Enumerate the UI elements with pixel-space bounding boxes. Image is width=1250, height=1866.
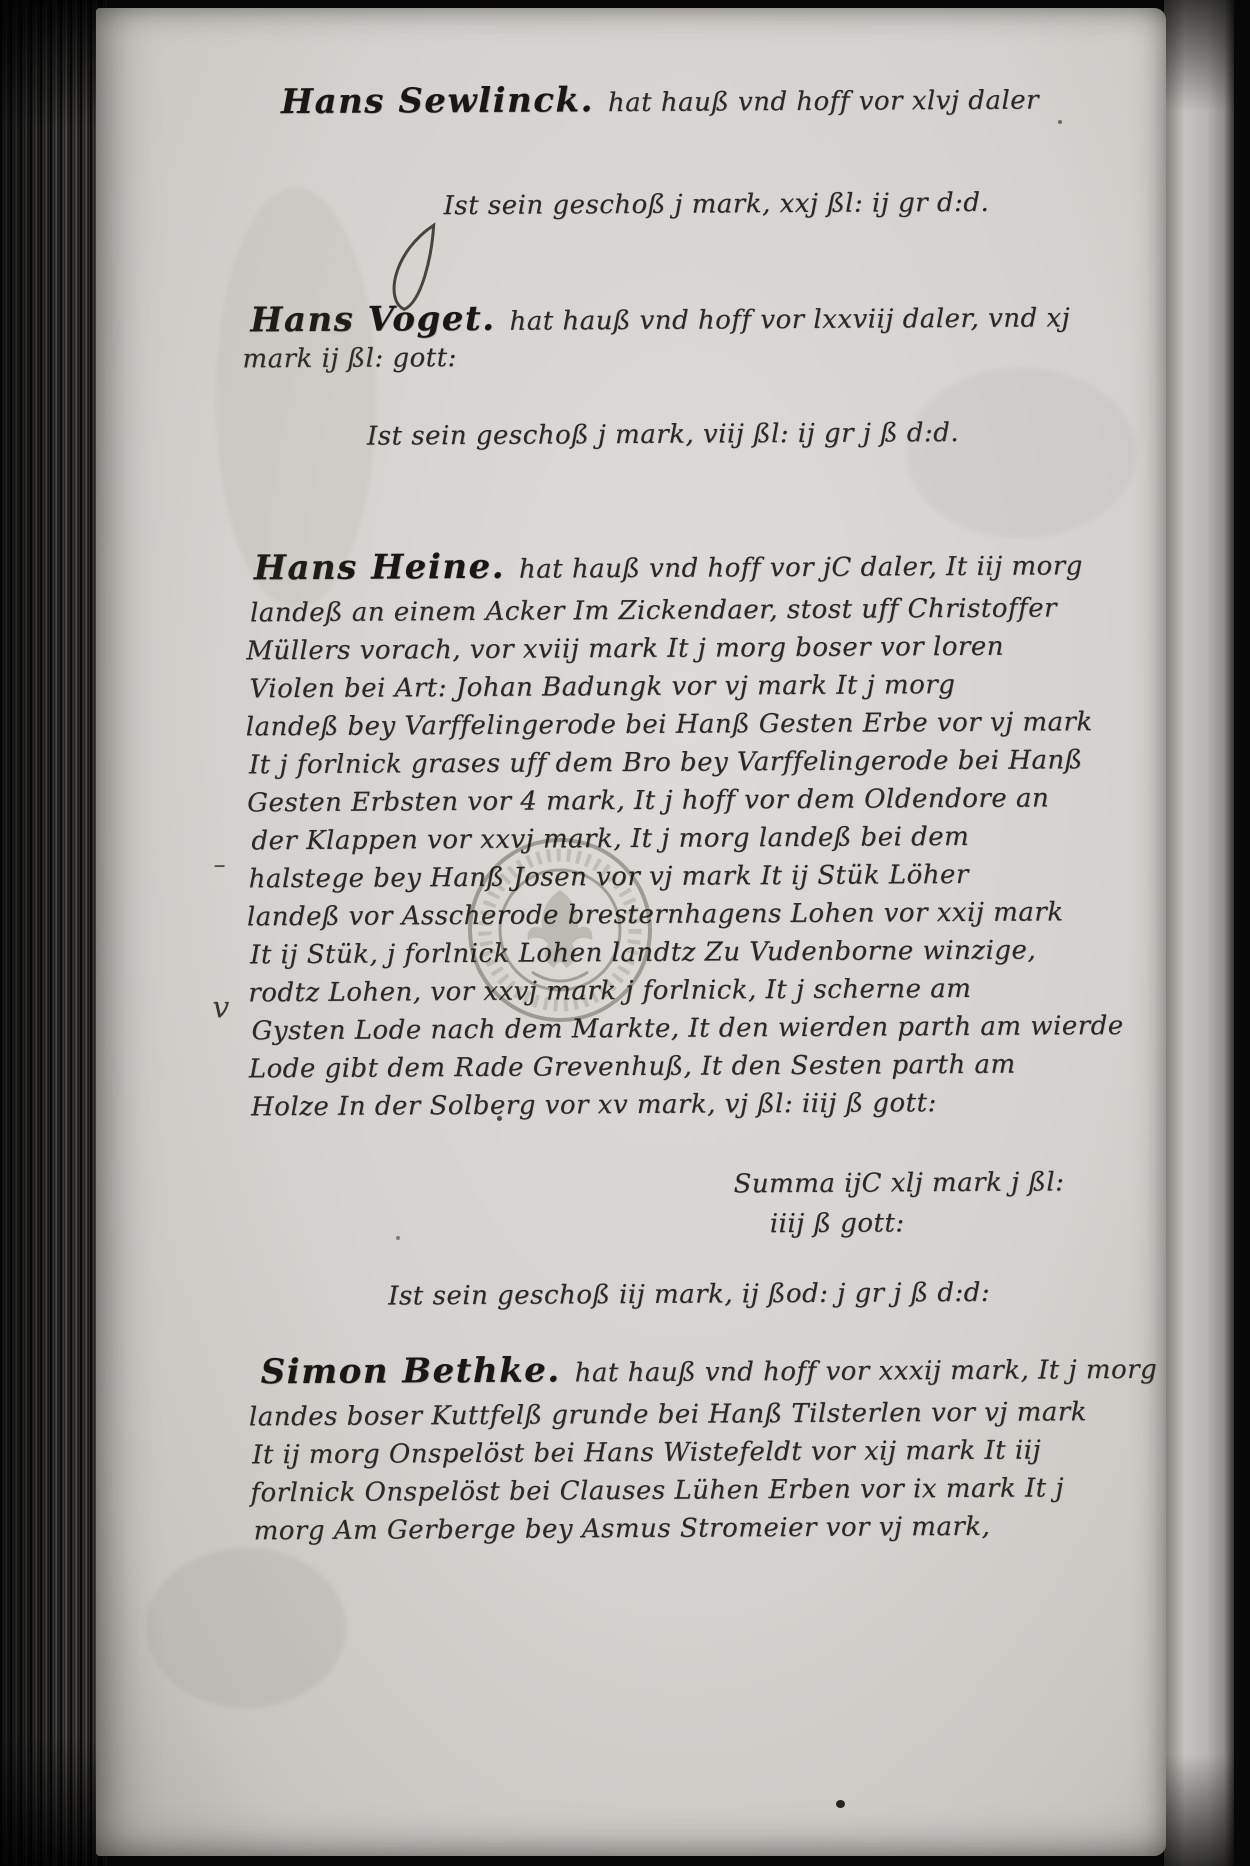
geschoss-line: Ist sein geschoß iij mark, ij ßod: j gr … <box>388 1278 990 1312</box>
entry-body-line: It ij morg Onspelöst bei Hans Wistefeldt… <box>252 1432 1041 1475</box>
ink-speck <box>497 1116 502 1121</box>
manuscript-page: Hans Sewlinck. hat hauß vnd hoff vor xlv… <box>96 8 1166 1856</box>
ink-speck <box>836 1800 845 1808</box>
geschoss-line: Ist sein geschoß j mark, xxj ßl: ij gr d… <box>443 188 989 221</box>
entry-body-line: It j forlnick grases uff dem Bro bey Var… <box>249 741 1083 784</box>
entry-first-line: hat hauß vnd hoff vor jC daler, It iij m… <box>519 551 1083 584</box>
entry-body-line: landes boser Kuttfelß grunde bei Hanß Ti… <box>249 1393 1087 1436</box>
entry-heading: Hans Sewlinck. <box>281 80 594 122</box>
margin-dash-mark: – <box>213 850 225 878</box>
ink-speck <box>1058 120 1062 124</box>
entry-body-line: Violen bei Art: Johan Badungk vor vj mar… <box>249 666 955 708</box>
photo-background: Hans Sewlinck. hat hauß vnd hoff vor xlv… <box>0 0 1250 1866</box>
summa-line: Summa ijC xlj mark j ßl: <box>733 1167 1064 1199</box>
next-page-edge <box>1164 0 1234 1866</box>
paper-stain <box>906 368 1136 538</box>
paper-stain <box>146 1548 346 1708</box>
entry-body-line: Holze In der Solberg vor xv mark, vj ßl:… <box>251 1084 937 1126</box>
geschoss-line: Ist sein geschoß j mark, viij ßl: ij gr … <box>367 418 959 452</box>
entry-first-line: hat hauß vnd hoff vor xlvj daler <box>608 85 1039 118</box>
entry-first-line: hat hauß vnd hoff vor xxxij mark, It j m… <box>575 1355 1158 1389</box>
entry-body-line: forlnick Onspelöst bei Clauses Lühen Erb… <box>250 1469 1064 1512</box>
entry-body-line: morg Am Gerberge bey Asmus Stromeier vor… <box>254 1508 991 1550</box>
round-embossed-archive-stamp-icon <box>462 832 658 1028</box>
entry-simon-bethke: Simon Bethke. hat hauß vnd hoff vor xxxi… <box>261 1347 1158 1392</box>
entry-body-line: Gesten Erbsten vor 4 mark, It j hoff vor… <box>247 779 1049 822</box>
summa-line: iiij ß gott: <box>770 1208 905 1239</box>
entry-body-line: Lode gibt dem Rade Grevenhuß, It den Ses… <box>249 1046 1016 1089</box>
entry-body-line: landeß an einem Acker Im Zickendaer, sto… <box>250 589 1057 632</box>
entry-hans-voget: Hans Voget. hat hauß vnd hoff vor lxxvii… <box>250 295 1070 340</box>
paper-stain <box>216 188 376 608</box>
entry-first-line: hat hauß vnd hoff vor lxxviij daler, vnd… <box>509 303 1070 336</box>
ink-speck <box>396 1236 400 1240</box>
entry-hans-sewlinck: Hans Sewlinck. hat hauß vnd hoff vor xlv… <box>281 77 1039 122</box>
entry-body-line: landeß bey Varffelingerode bei Hanß Gest… <box>246 703 1093 746</box>
entry-body-line: Müllers vorach, vor xviij mark It j morg… <box>246 628 1004 671</box>
entry-body-line: Gysten Lode nach dem Markte, It den wier… <box>251 1007 1123 1050</box>
entry-heading: Simon Bethke. <box>261 1350 561 1392</box>
entry-hans-heine: Hans Heine. hat hauß vnd hoff vor jC dal… <box>254 543 1083 588</box>
margin-check-mark: v <box>212 990 229 1025</box>
